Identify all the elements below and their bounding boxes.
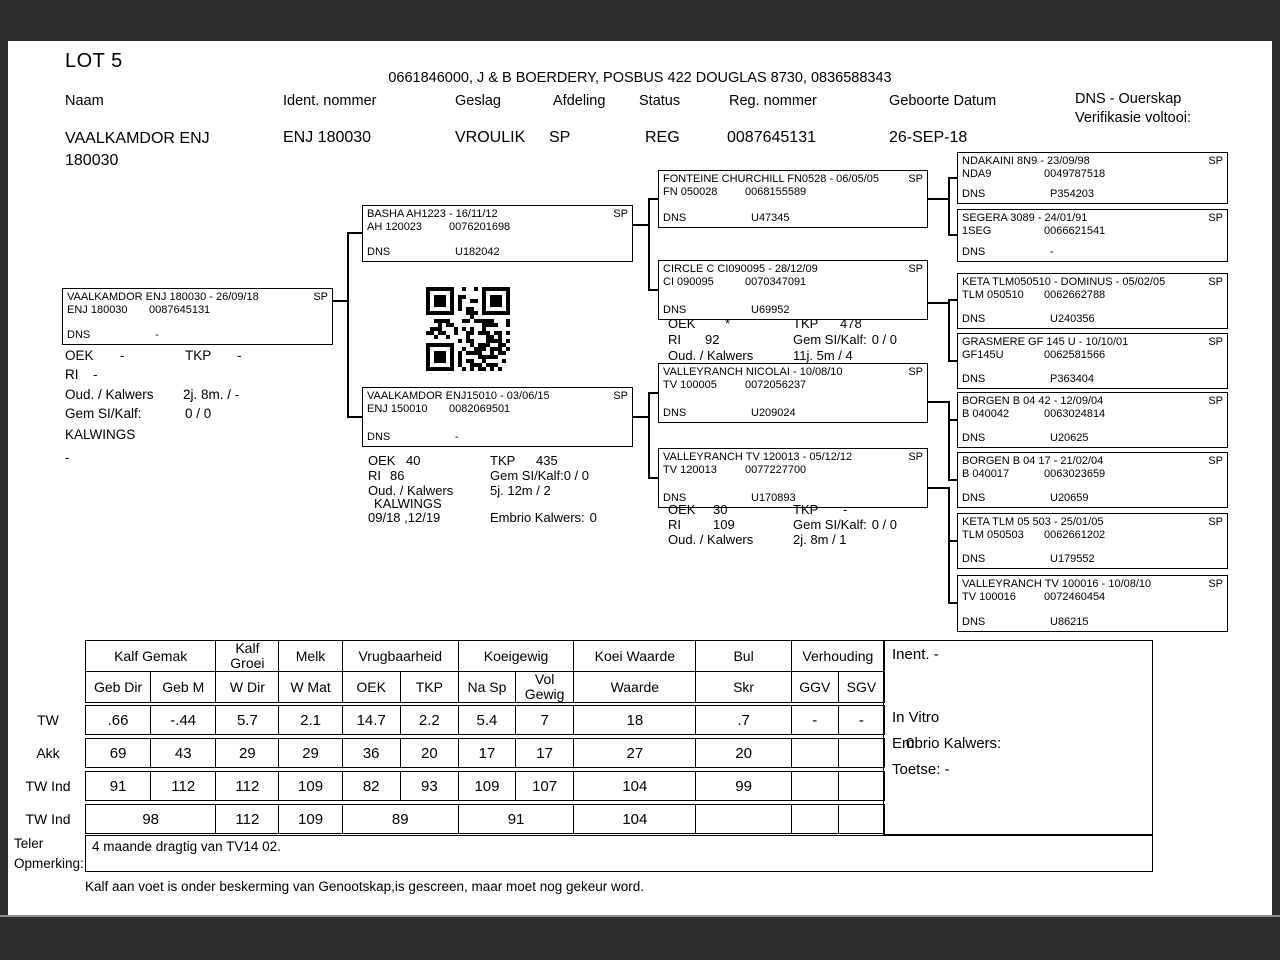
animal-reg: 0077227700 [745,464,806,477]
dns-ouerskap-label: DNS - Ouerskap [1075,90,1191,109]
section-flag: SP [1208,455,1223,468]
score-cell: 36 [342,739,400,768]
animal-ident: 1SEG [962,225,1044,238]
section-flag: SP [1208,578,1223,591]
score-cell: 93 [400,772,458,801]
animal-reg: 0062662788 [1044,289,1105,302]
score-sub-header: Skr [696,672,791,703]
dns-label: DNS [367,431,455,444]
dns-label: DNS [962,188,1050,201]
score-sub-header: Geb M [151,672,216,703]
score-cell: -.44 [151,706,216,735]
score-cell: 2.2 [400,706,458,735]
score-cell: - [791,706,838,735]
score-group-header: Bul [696,641,791,672]
pedigree-connector-line [347,232,362,234]
embrio-value: 0 [906,735,914,752]
dns-value: U69952 [751,304,790,317]
col-label-geslag: Geslag [455,93,501,109]
animal-ident: TV 120013 [663,464,745,477]
animal-title: VALLEYRANCH NICOLAI - 10/08/10 [663,366,843,379]
ri-label: RI [65,368,79,382]
oud-value: 11j. 5m / 4 [793,349,853,363]
pedigree-box-gen3-1: NDAKAINI 8N9 - 23/09/98SPNDA90049787518D… [957,152,1228,204]
section-flag: SP [613,208,628,221]
oud-value: 2j. 8m / 1 [793,533,846,547]
animal-ident: B 040042 [962,408,1044,421]
dns-value: U240356 [1050,313,1095,326]
dns-label: DNS [663,212,751,225]
animal-reg: 0087645131 [149,304,210,317]
catalog-page: LOT 5 0661846000, J & B BOERDERY, POSBUS… [8,41,1272,915]
animal-title: NDAKAINI 8N9 - 23/09/98 [962,155,1090,168]
animal-reg: 0068155589 [745,186,806,199]
section-flag: SP [1208,395,1223,408]
animal-title: KETA TLM050510 - DOMINUS - 05/02/05 [962,276,1165,289]
score-group-header: Koeigewig [458,641,573,672]
animal-ident: FN 050028 [663,186,745,199]
score-cell: 5.4 [458,706,515,735]
col-label-dns: DNS - Ouerskap Verifikasie voltooi: [1075,90,1191,128]
dns-value: P363404 [1050,373,1094,386]
dns-label: DNS [962,616,1050,629]
kalwings-value: 09/18 ,12/19 [368,511,440,525]
animal-reg: 0082069501 [449,403,510,416]
score-cell: .7 [696,706,791,735]
dns-value: - [455,431,459,444]
score-cell-merged [838,805,884,834]
oud-label: Oud. / Kalwers [668,349,753,363]
animal-ident: TLM 050510 [962,289,1044,302]
oek-value: - [120,349,125,363]
animal-reg: 0076201698 [449,221,510,234]
pedigree-box-subject: VAALKAMDOR ENJ 180030 - 26/09/18SPENJ 18… [62,288,333,345]
score-sub-header: Na Sp [458,672,515,703]
animal-ident: ENJ 150010 [367,403,449,416]
pedigree-box-sire-dam: VALLEYRANCH TV 120013 - 05/12/12SPTV 120… [658,448,928,508]
score-cell [791,739,838,768]
pedigree-box-sire-sire: VALLEYRANCH NICOLAI - 10/08/10SPTV 10000… [658,363,928,423]
score-cell: 104 [574,772,696,801]
gem-pair: Gem SI/Kalf:0 / 0 [793,333,897,347]
animal-reg: 0063024814 [1044,408,1105,421]
section-flag: SP [908,263,923,276]
animal-ident: TV 100016 [962,591,1044,604]
score-sub-header: Vol Gewig [516,672,574,703]
oek-value: * [725,317,730,331]
dns-value: U47345 [751,212,790,225]
score-table-section: 91112112109829310910710499 [85,771,885,801]
tkp-label: TKP [793,317,818,331]
animal-title: BASHA AH1223 - 16/11/12 [367,208,498,221]
section-flag: SP [1208,516,1223,529]
animal-geslag-value: VROULIK [455,129,525,147]
section-flag: SP [1208,212,1223,225]
ri-label: RI [368,469,381,483]
score-cell: 43 [151,739,216,768]
col-label-ident: Ident. nommer [283,93,377,109]
tkp-value: - [237,349,242,363]
oek-value: 30 [713,503,727,517]
pedigree-box-sire: VAALKAMDOR ENJ15010 - 03/06/15SPENJ 1500… [362,387,633,447]
tkp-value: 435 [536,454,558,468]
dns-value: P354203 [1050,188,1094,201]
score-cell: 20 [400,739,458,768]
score-sub-header: Geb Dir [86,672,151,703]
qr-code-image [423,284,513,374]
pedigree-connector-line [648,289,658,291]
animal-ident: NDA9 [962,168,1044,181]
pedigree-connector-line [948,401,950,481]
invitro-value: In Vitro [892,709,939,726]
animal-ident: GF145U [962,349,1044,362]
gem-pair: Gem SI/Kalf:0 / 0 [793,518,897,532]
animal-title: GRASMERE GF 145 U - 10/10/01 [962,336,1128,349]
section-flag: SP [1208,336,1223,349]
ri-value: - [93,368,98,382]
dns-label: DNS [962,313,1050,326]
animal-ident: ENJ 180030 [67,304,149,317]
oud-label: Oud. / Kalwers [668,533,753,547]
score-sub-header: Waarde [574,672,696,703]
pedigree-connector-line [333,300,347,302]
ri-label: RI [668,333,681,347]
score-table-section: 69432929362017172720 [85,738,885,768]
ri-value: 92 [705,333,719,347]
qr-code [423,284,513,374]
pedigree-connector-line [648,198,658,200]
animal-ident: B 040017 [962,468,1044,481]
viewer-bottom-bar [0,915,1280,960]
score-cell: 69 [86,739,151,768]
toetse-value: Toetse: - [892,761,950,778]
tkp-value: - [843,503,847,517]
dns-label: DNS [962,373,1050,386]
score-group-header: Koei Waarde [574,641,696,672]
pedigree-connector-line [948,234,957,236]
score-cell: 112 [151,772,216,801]
pedigree-box-gen3-7: KETA TLM 05 503 - 25/01/05SPTLM 05050300… [957,513,1228,569]
animal-reg: 0070347091 [745,276,806,289]
animal-reg: 0072460454 [1044,591,1105,604]
score-cell: 27 [574,739,696,768]
pedigree-connector-line [928,302,948,304]
pedigree-connector-line [948,177,957,179]
verifikasie-label: Verifikasie voltooi: [1075,109,1191,128]
animal-title: KETA TLM 05 503 - 25/01/05 [962,516,1103,529]
breeder-comment-box: 4 maande dragtig van TV14 02. [85,835,1153,872]
score-cell: 99 [696,772,791,801]
score-group-header: Vrugbaarheid [342,641,458,672]
animal-reg: 0062581566 [1044,349,1105,362]
score-cell-merged: 91 [458,805,573,834]
score-group-header: Melk [279,641,342,672]
col-label-naam: Naam [65,93,104,109]
score-sub-header: W Mat [279,672,342,703]
score-row-label: TW Ind [16,811,80,827]
score-group-header: Kalf Gemak [86,641,216,672]
oek-label: OEK [668,503,695,517]
kalwings-value: - [65,451,70,465]
animal-reg: 0066621541 [1044,225,1105,238]
dns-value: U209024 [751,407,796,420]
animal-name-value: VAALKAMDOR ENJ 180030 [65,128,240,172]
score-cell: - [838,706,884,735]
section-flag: SP [908,366,923,379]
pedigree-connector-line [648,392,658,394]
gem-value: 0 / 0 [564,468,589,483]
animal-title: SEGERA 3089 - 24/01/91 [962,212,1087,225]
inent-panel: Inent. - In Vitro Embrio Kalwers:0 Toets… [883,640,1153,835]
pedigree-connector-line [948,479,957,481]
score-cell [838,739,884,768]
breeder-line: 0661846000, J & B BOERDERY, POSBUS 422 D… [8,70,1272,86]
dns-value: U182042 [455,246,500,259]
dns-value: U86215 [1050,616,1089,629]
score-sub-header: W Dir [216,672,279,703]
gem-label: Gem SI/Kalf: [490,468,564,483]
ri-value: 109 [713,518,735,532]
pedigree-box-dam-dam: CIRCLE C CI090095 - 28/12/09SPCI 0900950… [658,260,928,320]
animal-geboorte-value: 26-SEP-18 [889,129,967,147]
section-flag: SP [908,451,923,464]
score-cell: 91 [86,772,151,801]
animal-reg: 0072056237 [745,379,806,392]
score-group-header: Kalf Groei [216,641,279,672]
oud-value: 5j. 12m / 2 [490,484,551,498]
score-sub-header: TKP [400,672,458,703]
oud-label: Oud. / Kalwers [65,388,154,402]
animal-title: CIRCLE C CI090095 - 28/12/09 [663,263,818,276]
gem-value: 0 / 0 [185,407,211,421]
kalwings-label: KALWINGS [65,428,135,442]
viewer-top-bar [0,0,1280,41]
dns-value: U20659 [1050,492,1089,505]
score-cell: 82 [342,772,400,801]
score-sub-header: GGV [791,672,838,703]
col-label-geboorte: Geboorte Datum [889,93,996,109]
score-sub-header: OEK [342,672,400,703]
dns-label: DNS [367,246,455,259]
gem-label: Gem SI/Kalf: [793,332,867,347]
animal-status-value: REG [645,129,680,147]
score-cell: 2.1 [279,706,342,735]
score-cell: 17 [458,739,515,768]
pedigree-connector-line [633,224,648,226]
animal-afdeling-value: SP [549,129,570,147]
score-cell-merged: 112 [216,805,279,834]
pedigree-connector-line [948,602,957,604]
score-cell-merged [696,805,791,834]
score-table-section: 981121098991104 [85,804,885,834]
col-label-afdeling: Afdeling [553,93,605,109]
score-cell-merged [791,805,838,834]
animal-ident: TV 100005 [663,379,745,392]
score-table-section: .66-.445.72.114.72.25.4718.7-- [85,705,885,735]
dns-label: DNS [962,492,1050,505]
score-sub-header: SGV [838,672,884,703]
pedigree-box-gen3-6: BORGEN B 04 17 - 21/02/04SPB 04001700630… [957,452,1228,508]
ri-label: RI [668,518,681,532]
pedigree-box-dam: BASHA AH1223 - 16/11/12SPAH 120023007620… [362,205,633,262]
pedigree-connector-line [928,401,948,403]
gem-value: 0 / 0 [872,517,897,532]
pedigree-box-gen3-4: GRASMERE GF 145 U - 10/10/01SPGF145U0062… [957,333,1228,389]
society-note: Kalf aan voet is onder beskerming van Ge… [85,879,644,894]
dns-label: DNS [962,432,1050,445]
animal-title: BORGEN B 04 42 - 12/09/04 [962,395,1103,408]
dns-label: DNS [663,407,751,420]
section-flag: SP [908,173,923,186]
score-cell: 18 [574,706,696,735]
pedigree-connector-line [948,419,957,421]
kalwings-label: KALWINGS [374,497,442,511]
dns-label: DNS [962,246,1050,259]
score-cell [838,772,884,801]
pedigree-box-gen3-3: KETA TLM050510 - DOMINUS - 05/02/05SPTLM… [957,273,1228,329]
pedigree-box-gen3-2: SEGERA 3089 - 24/01/91SP1SEG0066621541DN… [957,209,1228,262]
score-group-header: Verhouding [791,641,884,672]
animal-reg: 0062661202 [1044,529,1105,542]
score-cell [791,772,838,801]
animal-title: BORGEN B 04 17 - 21/02/04 [962,455,1103,468]
score-cell: 109 [458,772,515,801]
score-cell: 20 [696,739,791,768]
pedigree-connector-line [633,416,648,418]
score-row-label: TW [16,712,80,728]
embrio-pair: Embrio Kalwers:0 [490,511,597,525]
score-cell: .66 [86,706,151,735]
pedigree-box-gen3-8: VALLEYRANCH TV 100016 - 10/08/10SPTV 100… [957,575,1228,632]
inent-value: Inent. - [892,646,939,663]
animal-ident-value: ENJ 180030 [283,129,371,147]
dns-value: U179552 [1050,553,1095,566]
animal-title: FONTEINE CHURCHILL FN0528 - 06/05/05 [663,173,879,186]
score-cell-merged: 98 [86,805,216,834]
dns-value: - [155,329,159,342]
pedigree-connector-line [648,198,650,290]
score-cell: 107 [516,772,574,801]
score-cell: 29 [279,739,342,768]
gem-label: Gem SI/Kalf: [65,407,142,421]
gem-label: Gem SI/Kalf: [793,517,867,532]
pedigree-connector-line [948,177,950,236]
gem-pair: Gem SI/Kalf:0 / 0 [490,469,589,483]
score-cell-merged: 109 [279,805,342,834]
opmerking-label: Opmerking: [14,856,84,871]
tkp-value: 478 [840,317,862,331]
gem-value: 0 / 0 [872,332,897,347]
section-flag: SP [1208,276,1223,289]
score-row-label: TW Ind [16,778,80,794]
score-cell: 5.7 [216,706,279,735]
animal-ident: TLM 050503 [962,529,1044,542]
animal-reg: 0063023659 [1044,468,1105,481]
score-cell-merged: 89 [342,805,458,834]
tkp-label: TKP [185,349,211,363]
embrio-label: Embrio Kalwers: [490,510,585,525]
col-label-status: Status [639,93,680,109]
teler-label: Teler [14,836,43,851]
tkp-label: TKP [793,503,818,517]
oek-label: OEK [368,454,395,468]
embrio-value: 0 [590,510,597,525]
score-cell: 29 [216,739,279,768]
animal-title: VAALKAMDOR ENJ15010 - 03/06/15 [367,390,550,403]
ri-value: 86 [390,469,404,483]
animal-title: VALLEYRANCH TV 100016 - 10/08/10 [962,578,1151,591]
animal-title: VAALKAMDOR ENJ 180030 - 26/09/18 [67,291,259,304]
pedigree-box-dam-sire: FONTEINE CHURCHILL FN0528 - 06/05/05SPFN… [658,170,928,228]
score-cell: 109 [279,772,342,801]
oek-label: OEK [65,349,94,363]
oek-value: 40 [406,454,420,468]
section-flag: SP [313,291,328,304]
score-cell: 14.7 [342,706,400,735]
pedigree-connector-line [948,299,957,301]
score-cell: 112 [216,772,279,801]
score-cell-merged: 104 [574,805,696,834]
col-label-reg: Reg. nommer [729,93,817,109]
animal-ident: AH 120023 [367,221,449,234]
score-table-section: Kalf GemakKalf GroeiMelkVrugbaarheidKoei… [85,640,885,703]
section-flag: SP [1208,155,1223,168]
score-cell: 7 [516,706,574,735]
tkp-label: TKP [490,454,515,468]
breeder-comment: 4 maande dragtig van TV14 02. [92,839,281,854]
dns-label: DNS [962,553,1050,566]
oek-label: OEK [668,317,695,331]
pedigree-box-gen3-5: BORGEN B 04 42 - 12/09/04SPB 04004200630… [957,392,1228,448]
score-row-label: Akk [16,745,80,761]
dns-value: - [1050,246,1054,259]
pedigree-connector-line [928,487,948,489]
animal-title: VALLEYRANCH TV 120013 - 05/12/12 [663,451,852,464]
animal-ident: CI 090095 [663,276,745,289]
score-cell: 17 [516,739,574,768]
dns-label: DNS [67,329,155,342]
oud-value: 2j. 8m. / - [183,388,239,402]
dns-value: U20625 [1050,432,1089,445]
section-flag: SP [613,390,628,403]
animal-reg: 0049787518 [1044,168,1105,181]
animal-reg-value: 0087645131 [727,129,816,147]
pedigree-connector-line [928,198,948,200]
